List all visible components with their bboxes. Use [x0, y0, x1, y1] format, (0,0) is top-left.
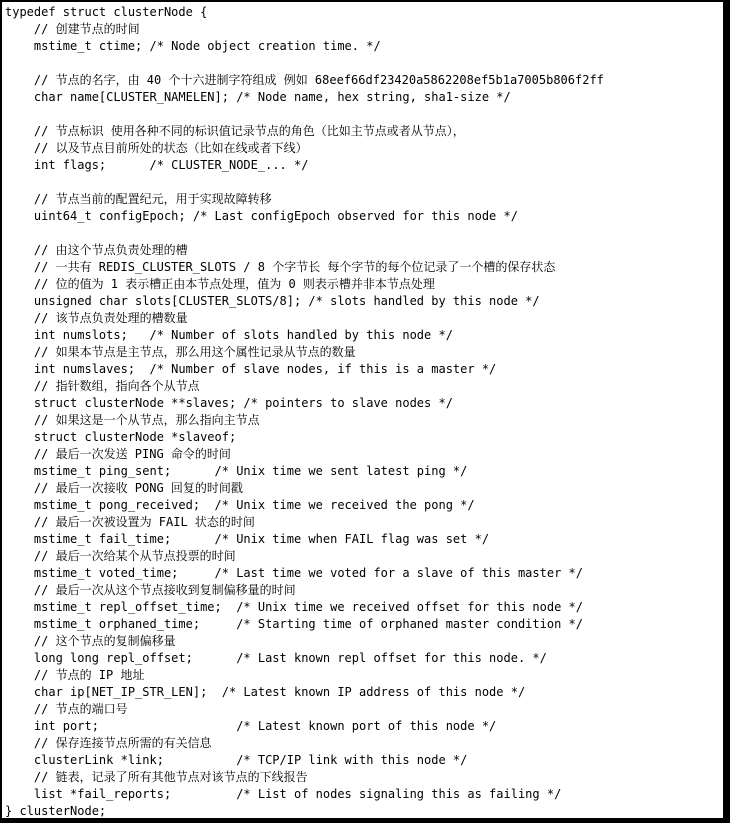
source-code-listing: typedef struct clusterNode { // 创建节点的时间 … — [2, 2, 723, 820]
code-frame: typedef struct clusterNode { // 创建节点的时间 … — [0, 0, 730, 823]
